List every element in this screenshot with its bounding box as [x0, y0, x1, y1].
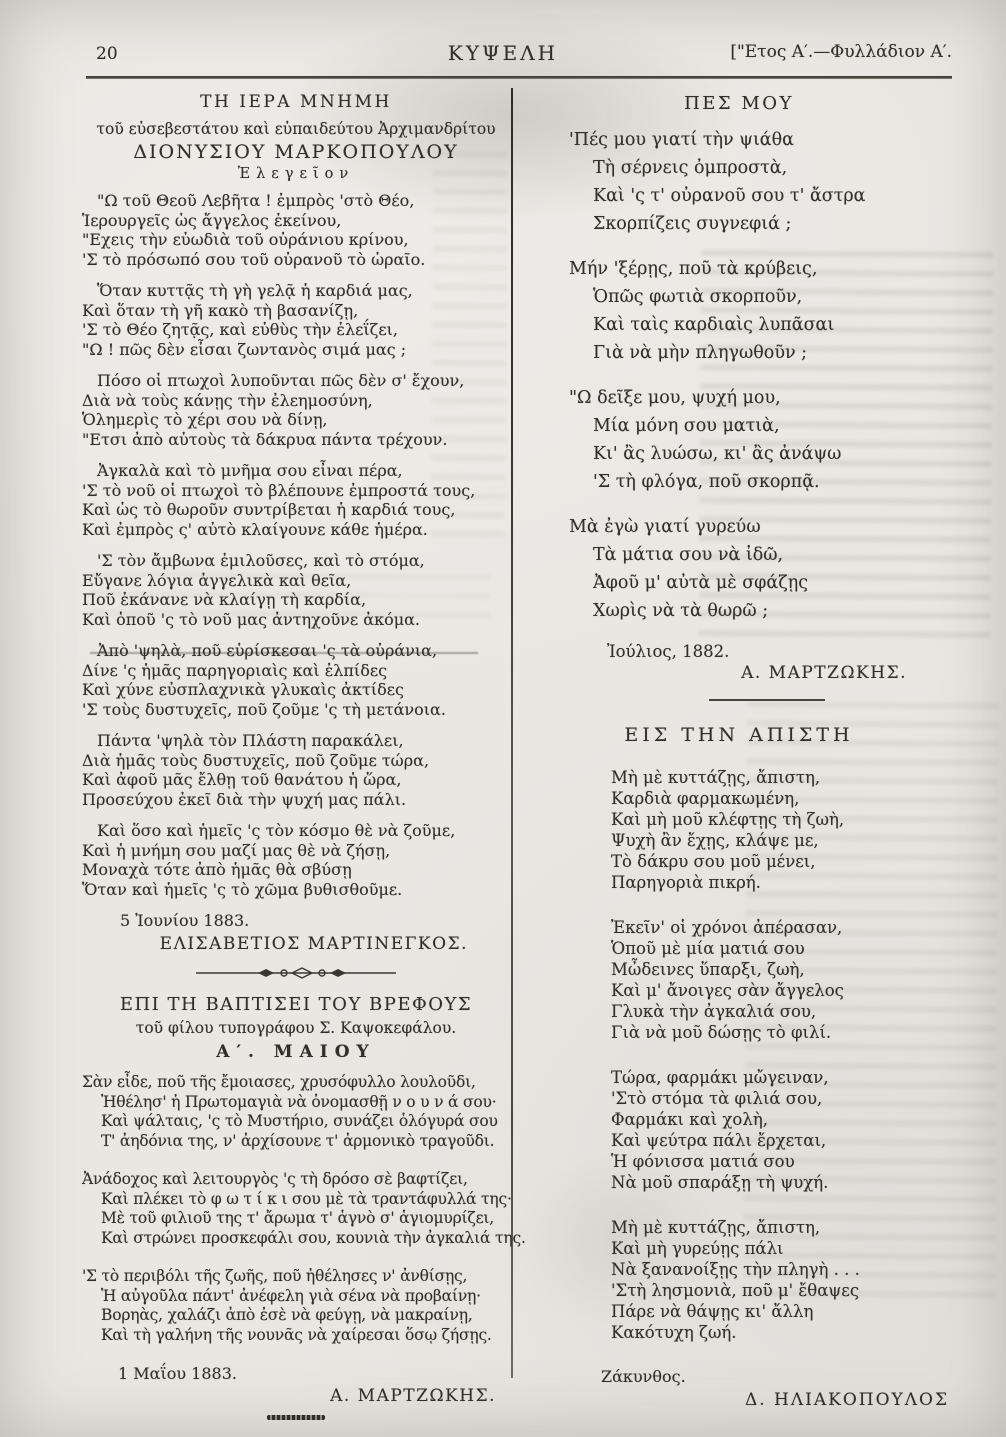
verse-line: Προσεύχου ἐκεῖ διὰ τὴν ψυχή μας πάλι.	[82, 790, 510, 810]
poem-dedication: τοῦ φίλου τυπογράφου Σ. Καψοκεφάλου.	[82, 1019, 510, 1037]
stanza: 'Σ τὸν ἄμβωνα ἐμιλοῦσες, καὶ τὸ στόμα,Εὔ…	[82, 551, 510, 629]
stanza: Καὶ ὅσο καὶ ἡμεῖς 'ς τὸν κόσμο θὲ νὰ ζοῦ…	[82, 821, 510, 899]
verse-line: Καὶ 'ς τ' οὐρανοῦ σου τ' ἄστρα	[593, 182, 951, 210]
verse-line: Παρηγοριὰ πικρή.	[611, 872, 951, 893]
stanza: Ἀπὸ 'ψηλὰ, ποῦ εὑρίσκεσαι 'ς τὰ οὐράνια,…	[82, 641, 510, 719]
section-divider-rule	[709, 699, 825, 701]
verse-line: Ποῦ ἐκάνανε νὰ κλαίγῃ τὴ καρδία,	[82, 590, 510, 610]
poem-date: 1 Μαΐου 1883.	[118, 1364, 510, 1383]
verse-line: Σὰν εἶδε, ποῦ τῆς ἔμοιασες, χρυσόφυλλο λ…	[82, 1073, 510, 1093]
stanza: Ἀγκαλὰ καὶ τὸ μνῆμα σου εἶναι πέρα,'Σ τὸ…	[82, 461, 510, 539]
verse-line: Βορηὰς, χαλάζι ἀπὸ ἐσὲ νὰ φεύγῃ, νὰ μακρ…	[82, 1306, 510, 1326]
verse-line: Διὰ ἡμᾶς τοὺς δυστυχεῖς, ποῦ ζοῦμε τώρα,	[82, 751, 510, 771]
verse-line: 'Σ τὸ πρόσωπό σου τοῦ οὐρανοῦ τὸ ὡραῖο.	[82, 250, 510, 270]
verse-line: Γιὰ νὰ μὴν πληγωθοῦν ;	[593, 339, 951, 367]
stanza: Ἀνάδοχος καὶ λειτουργὸς 'ς τὴ δρόσο σὲ β…	[82, 1170, 510, 1248]
verse-line: Τὴ σέρνεις ὀμπροστὰ,	[593, 154, 951, 182]
poem-dedicatee: ΔΙΟΝΥΣΙΟΥ ΜΑΡΚΟΠΟΥΛΟΥ	[82, 141, 510, 163]
poem-subtitle: Ἐλεγεῖον	[82, 166, 510, 182]
stanza: Ἐκεῖν' οἱ χρόνοι ἀπέρασαν,Ὁποῦ μὲ μία μα…	[527, 917, 951, 1043]
verse-line: Καὶ ψάλταις, 'ς τὸ Μυστήριο, συνάζει ὁλό…	[82, 1112, 510, 1132]
stanza: Μήν 'ξέρῃς, ποῦ τὰ κρύβεις,Ὁπῶς φωτιὰ σκ…	[527, 255, 951, 367]
verse-line: Ἀγκαλὰ καὶ τὸ μνῆμα σου εἶναι πέρα,	[82, 461, 510, 481]
poem-title: ΤΗ ΙΕΡΑ ΜΝΗΜΗ	[82, 92, 510, 112]
stanza: "Ω δεῖξε μου, ψυχή μου,Μία μόνη σου ματι…	[527, 384, 951, 496]
verse-line: Ἱερουργεῖς ὡς ἄγγελος ἐκείνου,	[82, 211, 510, 231]
verse-line: Καὶ πλέκει τὸ φ ω τ ί κ ι σου μὲ τὰ τραν…	[82, 1190, 510, 1210]
verse-line: Καὶ ἡ μνήμη σου μαζί μας θὲ νὰ ζήσῃ,	[82, 841, 510, 861]
stanza: "Ω τοῦ Θεοῦ Λεβῆτα ! ἐμπρὸς 'στὸ Θέο,Ἱερ…	[82, 191, 510, 269]
verse-line: Καὶ ὅσο καὶ ἡμεῖς 'ς τὸν κόσμο θὲ νὰ ζοῦ…	[82, 821, 510, 841]
verse-line: Ἐκεῖν' οἱ χρόνοι ἀπέρασαν,	[611, 917, 951, 938]
poem-memorial: ΤΗ ΙΕΡΑ ΜΝΗΜΗ τοῦ εὐσεβεστάτου καὶ εὐπαι…	[82, 92, 510, 954]
stanza: Μὰ ἐγὼ γιατί γυρεύωΤὰ μάτια σου νὰ ἰδῶ,Ἀ…	[527, 513, 951, 625]
issue-info: ["Ετος Α′.—Φυλλάδιον Α′.	[730, 42, 952, 62]
verse-line: 'Πές μου γιατί τὴν ψιάθα	[569, 126, 951, 154]
verse-line: Ὅταν κυττᾷς τὴ γὴ γελᾷ ἡ καρδιά μας,	[82, 281, 510, 301]
poem-subtitle: Α′. ΜΑΙΟΥ	[82, 1042, 510, 1062]
verse-line: Καρδιὰ φαρμακωμένη,	[611, 788, 951, 809]
verse-line: Καὶ ἀφοῦ μᾶς ἔλθῃ τοῦ θανάτου ἡ ὥρα,	[82, 770, 510, 790]
verse-line: Καὶ ὅταν τὴ γῆ κακὸ τὴ βασανίζῃ,	[82, 301, 510, 321]
stanza: Τώρα, φαρμάκι μὤγειναν,'Στὸ στόμα τὰ φιλ…	[527, 1067, 951, 1193]
poem-place: Ζάκυνθος.	[601, 1367, 951, 1386]
verse-line: Καὶ χύνε εὐσπλαχνικὰ γλυκαὶς ἀκτίδες	[82, 680, 510, 700]
verse-line: 'Σ τὸ νοῦ οἱ πτωχοὶ τὸ βλέπουνε ἐμπροστά…	[82, 481, 510, 501]
verse-line: Χωρὶς νὰ τὰ θωρῶ ;	[593, 597, 951, 625]
verse-line: 'Στὸ στόμα τὰ φιλιά σου,	[611, 1088, 951, 1109]
verse-line: Τὰ μάτια σου νὰ ἰδῶ,	[593, 541, 951, 569]
stanza: Πάντα 'ψηλὰ τὸν Πλάστη παρακάλει,Διὰ ἡμᾶ…	[82, 731, 510, 809]
stanza: Ὅταν κυττᾷς τὴ γὴ γελᾷ ἡ καρδιά μας,Καὶ …	[82, 281, 510, 359]
stanza: Πόσο οἱ πτωχοὶ λυποῦνται πῶς δὲν σ' ἔχου…	[82, 371, 510, 449]
verse-line: Ἀπὸ 'ψηλὰ, ποῦ εὑρίσκεσαι 'ς τὰ οὐράνια,	[82, 641, 510, 661]
ornament-divider	[191, 965, 401, 984]
stanza: 'Πές μου γιατί τὴν ψιάθαΤὴ σέρνεις ὀμπρο…	[527, 126, 951, 238]
poem-body: "Ω τοῦ Θεοῦ Λεβῆτα ! ἐμπρὸς 'στὸ Θέο,Ἱερ…	[82, 191, 510, 899]
poem-baptism: ΕΠΙ ΤΗ ΒΑΠΤΙΣΕΙ ΤΟΥ ΒΡΕΦΟΥΣ τοῦ φίλου τυ…	[82, 994, 510, 1406]
verse-line: Ὁλημερὶς τὸ χέρι σου νὰ δίνῃ,	[82, 410, 510, 430]
verse-line: Εὔγανε λόγια ἀγγελικὰ καὶ θεῖα,	[82, 571, 510, 591]
stanza: Σὰν εἶδε, ποῦ τῆς ἔμοιασες, χρυσόφυλλο λ…	[82, 1073, 510, 1151]
verse-line: Γλυκὰ τὴν ἀγκαλιά σου,	[611, 1001, 951, 1022]
verse-line: 'Σ τὸ Θέο ζητᾷς, καὶ εὐθὺς τὴν ἐλεΐζει,	[82, 320, 510, 340]
verse-line: Πόσο οἱ πτωχοὶ λυποῦνται πῶς δὲν σ' ἔχου…	[82, 371, 510, 391]
verse-line: Φαρμάκι καὶ χολὴ,	[611, 1109, 951, 1130]
verse-line: Ἡ αὐγοῦλα πάντ' ἀνέφελη γιὰ σένα νὰ προβ…	[82, 1287, 510, 1307]
poem-body: 'Πές μου γιατί τὴν ψιάθαΤὴ σέρνεις ὀμπρο…	[527, 126, 951, 625]
verse-line: "Ετσι ἀπὸ αὐτοὺς τὰ δάκρυα πάντα τρέχουν…	[82, 430, 510, 450]
poem-pes-mou: ΠΕΣ ΜΟΥ 'Πές μου γιατί τὴν ψιάθαΤὴ σέρνε…	[527, 93, 951, 683]
poem-body: Σὰν εἶδε, ποῦ τῆς ἔμοιασες, χρυσόφυλλο λ…	[82, 1073, 510, 1345]
verse-line: Καὶ μὴ μοῦ κλέφτῃς τὴ ζωὴ,	[611, 809, 951, 830]
verse-line: Ψυχὴ ἂν ἔχῃς, κλάψε με,	[611, 830, 951, 851]
verse-line: Καὶ ὡς τὸ θωροῦν συντρίβεται ἡ καρδιά το…	[82, 500, 510, 520]
verse-line: Ὁποῦ μὲ μία ματιά σου	[611, 938, 951, 959]
verse-line: Πάντα 'ψηλὰ τὸν Πλάστη παρακάλει,	[82, 731, 510, 751]
poem-signature: Δ. ΗΛΙΑΚΟΠΟΥΛΟΣ	[527, 1390, 951, 1410]
verse-line: Ἀνάδοχος καὶ λειτουργὸς 'ς τὴ δρόσο σὲ β…	[82, 1170, 510, 1190]
verse-line: Καὶ τὴ γαλήνη τῆς νουνᾶς νὰ χαίρεσαι ὅσῳ…	[82, 1326, 510, 1346]
poem-signature: ΕΛΙΣΑΒΕΤΙΟΣ ΜΑΡΤΙΝΕΓΚΟΣ.	[82, 934, 510, 954]
right-column: ΠΕΣ ΜΟΥ 'Πές μου γιατί τὴν ψιάθαΤὴ σέρνε…	[527, 88, 951, 1410]
verse-line: Τ' ἀηδόνια της, ν' ἀρχίσουνε τ' ἁρμονικὸ…	[82, 1132, 510, 1152]
verse-line: 'Σ τὸν ἄμβωνα ἐμιλοῦσες, καὶ τὸ στόμα,	[82, 551, 510, 571]
verse-line: Κι' ἂς λυώσω, κι' ἂς ἀνάψω	[593, 440, 951, 468]
verse-line: Μὲ τοῦ φιλιοῦ της τ' ἄρωμα τ' ἁγνὸ σ' ἁγ…	[82, 1209, 510, 1229]
verse-line: Σκορπίζεις συγνεφιά ;	[593, 210, 951, 238]
stanza: Μὴ μὲ κυττάζῃς, ἄπιστη,Καρδιὰ φαρμακωμέν…	[527, 767, 951, 893]
verse-line: Ὅταν καὶ ἡμεῖς 'ς τὸ χῶμα βυθισθοῦμε.	[82, 880, 510, 900]
verse-line: Μία μόνη σου ματιὰ,	[593, 412, 951, 440]
stanza: 'Σ τὸ περιβόλι τῆς ζωῆς, ποῦ ἠθέλησες ν'…	[82, 1267, 510, 1345]
verse-line: Μὴ μὲ κυττάζῃς, ἄπιστη,	[611, 767, 951, 788]
verse-line: Μὴ μὲ κυττάζῃς, ἄπιστη,	[611, 1217, 951, 1238]
verse-line: Τώρα, φαρμάκι μὤγειναν,	[611, 1067, 951, 1088]
verse-line: Καὶ ὁποῦ 'ς τὸ νοῦ μας ἀντηχοῦνε ἀκόμα.	[82, 610, 510, 630]
verse-line: Δίνε 'ς ἡμᾶς παρηγοριαὶς καὶ ἐλπίδες	[82, 661, 510, 681]
header-rule	[86, 76, 952, 79]
verse-line: Ἠθέλησ' ἡ Πρωτομαγιὰ νὰ ὀνομασθῇ ν ο υ ν…	[82, 1093, 510, 1113]
verse-line: Πάρε νὰ θάψῃς κι' ἄλλη	[611, 1301, 951, 1322]
poem-signature: Α. ΜΑΡΤΖΩΚΗΣ.	[82, 1386, 510, 1406]
poem-title: ΠΕΣ ΜΟΥ	[527, 93, 951, 114]
verse-line: Μοναχὰ τότε ἀπὸ ἡμᾶς θὰ σβύσῃ	[82, 860, 510, 880]
verse-line: Νὰ μοῦ σπαράξῃ τὴ ψυχή.	[611, 1172, 951, 1193]
poem-title: ΕΙΣ ΤΗΝ ΑΠΙΣΤΗ	[527, 724, 951, 746]
verse-line: "Ω δεῖξε μου, ψυχή μου,	[569, 384, 951, 412]
stanza: Μὴ μὲ κυττάζῃς, ἄπιστη,Καὶ μὴ γυρεύῃς πά…	[527, 1217, 951, 1343]
verse-line: Καὶ ταὶς καρδιαὶς λυπᾶσαι	[593, 311, 951, 339]
poem-date: 5 Ἰουνίου 1883.	[120, 911, 510, 930]
verse-line: Καὶ μ' ἄνοιγες σὰν ἄγγελος	[611, 980, 951, 1001]
verse-line: Μὦδεινες ὕπαρξι, ζωὴ,	[611, 959, 951, 980]
poem-title: ΕΠΙ ΤΗ ΒΑΠΤΙΣΕΙ ΤΟΥ ΒΡΕΦΟΥΣ	[82, 994, 510, 1015]
poem-dedication: τοῦ εὐσεβεστάτου καὶ εὐπαιδεύτου Ἀρχιμαν…	[82, 120, 510, 138]
poem-signature: Α. ΜΑΡΤΖΩΚΗΣ.	[527, 663, 951, 683]
left-column: ΤΗ ΙΕΡΑ ΜΝΗΜΗ τοῦ εὐσεβεστάτου καὶ εὐπαι…	[82, 88, 510, 1420]
ornament-divider-graphic	[196, 966, 396, 980]
verse-line: 'Σ τὸ περιβόλι τῆς ζωῆς, ποῦ ἠθέλησες ν'…	[82, 1267, 510, 1287]
verse-line: 'Στὴ λησμονιὰ, ποῦ μ' ἔθαψες	[611, 1280, 951, 1301]
verse-line: Γιὰ νὰ μοῦ δώσῃς τὸ φιλί.	[611, 1022, 951, 1043]
verse-line: Καὶ ἐμπρὸς ς' αὐτὸ κλαίγουνε κάθε ἡμέρα.	[82, 520, 510, 540]
poem-body: Μὴ μὲ κυττάζῃς, ἄπιστη,Καρδιὰ φαρμακωμέν…	[527, 767, 951, 1343]
verse-line: Τὸ δάκρυ σου μοῦ μένει,	[611, 851, 951, 872]
verse-line: Ἡ φόνισσα ματιά σου	[611, 1151, 951, 1172]
verse-line: "Ω ! πῶς δὲν εἶσαι ζωντανὸς σιμά μας ;	[82, 340, 510, 360]
verse-line: Νὰ ξανανοίξῃς τὴν πληγὴ . . .	[611, 1259, 951, 1280]
verse-line: Ἀφοῦ μ' αὐτὰ μὲ σφάζῃς	[593, 569, 951, 597]
verse-line: 'Σ τοὺς δυστυχεῖς, ποῦ ζοῦμε 'ς τὴ μετάν…	[82, 700, 510, 720]
poem-date: Ἰούλιος, 1882.	[607, 642, 951, 661]
verse-line: "Εχεις τὴν εὐωδιὰ τοῦ οὐράνιου κρίνου,	[82, 230, 510, 250]
verse-line: Κακότυχη ζωή.	[611, 1322, 951, 1343]
verse-line: Μήν 'ξέρῃς, ποῦ τὰ κρύβεις,	[569, 255, 951, 283]
newspaper-page: 20 ΚΥΨΕΛΗ ["Ετος Α′.—Φυλλάδιον Α′. ΤΗ ΙΕ…	[0, 0, 1006, 1437]
verse-line: Μὰ ἐγὼ γιατί γυρεύω	[569, 513, 951, 541]
verse-line: Καὶ στρώνει προσκεφάλι σου, κουνιὰ τὴν ἀ…	[82, 1229, 510, 1249]
poem-eis-tin-apisti: ΕΙΣ ΤΗΝ ΑΠΙΣΤΗ Μὴ μὲ κυττάζῃς, ἄπιστη,Κα…	[527, 724, 951, 1410]
verse-line: Διὰ νὰ τοὺς κάνῃς τὴν ἐλεημοσύνη,	[82, 391, 510, 411]
column-divider-rule	[511, 88, 513, 1378]
verse-line: 'Σ τὴ φλόγα, ποῦ σκορπᾷ.	[593, 468, 951, 496]
verse-line: Ὁπῶς φωτιὰ σκορποῦν,	[593, 283, 951, 311]
verse-line: Καὶ μὴ γυρεύῃς πάλι	[611, 1238, 951, 1259]
verse-line: "Ω τοῦ Θεοῦ Λεβῆτα ! ἐμπρὸς 'στὸ Θέο,	[82, 191, 510, 211]
verse-line: Καὶ ψεύτρα πάλι ἔρχεται,	[611, 1130, 951, 1151]
small-end-rule	[267, 1415, 325, 1420]
